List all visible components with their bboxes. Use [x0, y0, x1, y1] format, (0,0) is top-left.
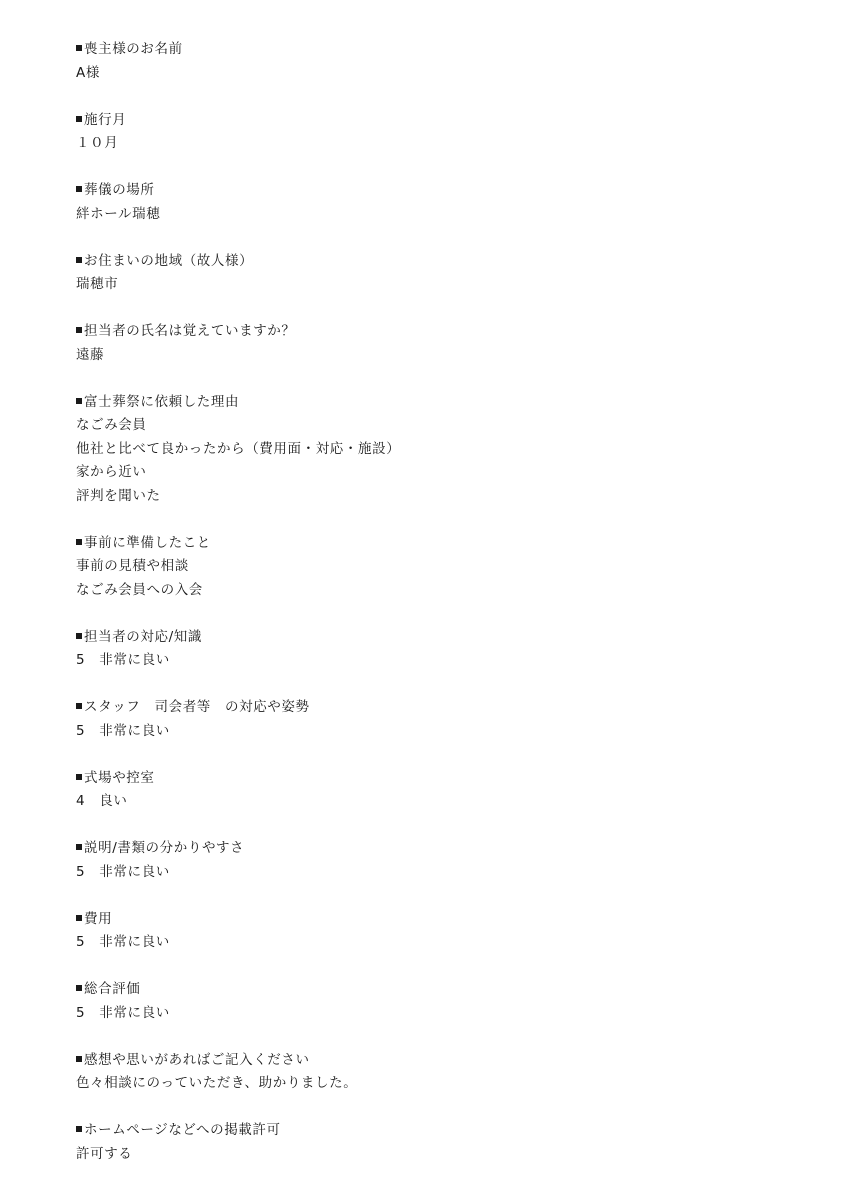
heading-label: 担当者の対応/知識: [84, 629, 202, 645]
section-venue-waiting-room: 式場や控室 4 良い: [76, 767, 796, 814]
heading-label: 喪主様のお名前: [84, 41, 183, 57]
survey-document: 喪主様のお名前 A様 施行月 １０月 葬儀の場所 絆ホール瑞穂 お住まいの地域（…: [76, 38, 796, 1190]
square-bullet-icon: [76, 633, 82, 639]
answer-value: 他社と比べて良かったから（費用面・対応・施設）: [76, 438, 796, 462]
answer-value: 許可する: [76, 1143, 796, 1167]
section-cost: 費用 5 非常に良い: [76, 908, 796, 955]
section-heading: 総合評価: [76, 978, 796, 1002]
section-staff-attitude: スタッフ 司会者等 の対応や姿勢 5 非常に良い: [76, 696, 796, 743]
square-bullet-icon: [76, 539, 82, 545]
rating-value: 5 非常に良い: [76, 1002, 796, 1026]
rating-value: 5 非常に良い: [76, 931, 796, 955]
square-bullet-icon: [76, 186, 82, 192]
section-heading: 感想や思いがあればご記入ください: [76, 1049, 796, 1073]
answer-value: 瑞穂市: [76, 273, 796, 297]
answer-value: １０月: [76, 132, 796, 156]
section-overall-rating: 総合評価 5 非常に良い: [76, 978, 796, 1025]
answer-value: 絆ホール瑞穂: [76, 203, 796, 227]
rating-value: 4 良い: [76, 790, 796, 814]
answer-value: 家から近い: [76, 461, 796, 485]
section-publication-permission: ホームページなどへの掲載許可 許可する: [76, 1119, 796, 1166]
answer-value: A様: [76, 62, 796, 86]
section-staff-name: 担当者の氏名は覚えていますか？ 遠藤: [76, 320, 796, 367]
heading-label: 担当者の氏名は覚えていますか？: [84, 323, 296, 339]
section-chief-mourner-name: 喪主様のお名前 A様: [76, 38, 796, 85]
answer-value: 評判を聞いた: [76, 485, 796, 509]
section-reason-for-request: 富士葬祭に依頼した理由 なごみ会員 他社と比べて良かったから（費用面・対応・施設…: [76, 391, 796, 509]
rating-value: 5 非常に良い: [76, 649, 796, 673]
square-bullet-icon: [76, 915, 82, 921]
square-bullet-icon: [76, 774, 82, 780]
section-heading: 喪主様のお名前: [76, 38, 796, 62]
section-heading: 担当者の氏名は覚えていますか？: [76, 320, 796, 344]
heading-label: 葬儀の場所: [84, 182, 155, 198]
square-bullet-icon: [76, 257, 82, 263]
square-bullet-icon: [76, 703, 82, 709]
section-heading: 事前に準備したこと: [76, 532, 796, 556]
heading-label: 説明/書類の分かりやすさ: [84, 840, 244, 856]
rating-value: 5 非常に良い: [76, 861, 796, 885]
section-heading: 富士葬祭に依頼した理由: [76, 391, 796, 415]
section-residence-area: お住まいの地域（故人様） 瑞穂市: [76, 250, 796, 297]
section-service-month: 施行月 １０月: [76, 109, 796, 156]
heading-label: 施行月: [84, 112, 126, 128]
section-comments: 感想や思いがあればご記入ください 色々相談にのっていただき、助かりました。: [76, 1049, 796, 1096]
section-heading: スタッフ 司会者等 の対応や姿勢: [76, 696, 796, 720]
section-funeral-location: 葬儀の場所 絆ホール瑞穂: [76, 179, 796, 226]
heading-label: 式場や控室: [84, 770, 155, 786]
section-heading: 式場や控室: [76, 767, 796, 791]
answer-value: なごみ会員: [76, 414, 796, 438]
answer-value: 遠藤: [76, 344, 796, 368]
section-advance-preparation: 事前に準備したこと 事前の見積や相談 なごみ会員への入会: [76, 532, 796, 603]
section-heading: 説明/書類の分かりやすさ: [76, 837, 796, 861]
section-heading: 施行月: [76, 109, 796, 133]
answer-value: 色々相談にのっていただき、助かりました。: [76, 1072, 796, 1096]
section-heading: ホームページなどへの掲載許可: [76, 1119, 796, 1143]
section-explanation-clarity: 説明/書類の分かりやすさ 5 非常に良い: [76, 837, 796, 884]
heading-label: 感想や思いがあればご記入ください: [84, 1052, 310, 1068]
rating-value: 5 非常に良い: [76, 720, 796, 744]
section-heading: 担当者の対応/知識: [76, 626, 796, 650]
square-bullet-icon: [76, 327, 82, 333]
square-bullet-icon: [76, 398, 82, 404]
square-bullet-icon: [76, 844, 82, 850]
heading-label: 総合評価: [84, 981, 140, 997]
square-bullet-icon: [76, 985, 82, 991]
square-bullet-icon: [76, 116, 82, 122]
square-bullet-icon: [76, 1056, 82, 1062]
heading-label: ホームページなどへの掲載許可: [84, 1122, 281, 1138]
heading-label: 富士葬祭に依頼した理由: [84, 394, 239, 410]
section-staff-knowledge: 担当者の対応/知識 5 非常に良い: [76, 626, 796, 673]
square-bullet-icon: [76, 1126, 82, 1132]
heading-label: スタッフ 司会者等 の対応や姿勢: [84, 699, 310, 715]
square-bullet-icon: [76, 45, 82, 51]
section-heading: 費用: [76, 908, 796, 932]
answer-value: 事前の見積や相談: [76, 555, 796, 579]
answer-value: なごみ会員への入会: [76, 579, 796, 603]
heading-label: 事前に準備したこと: [84, 535, 211, 551]
section-heading: お住まいの地域（故人様）: [76, 250, 796, 274]
heading-label: 費用: [84, 911, 112, 927]
section-heading: 葬儀の場所: [76, 179, 796, 203]
heading-label: お住まいの地域（故人様）: [84, 253, 253, 269]
